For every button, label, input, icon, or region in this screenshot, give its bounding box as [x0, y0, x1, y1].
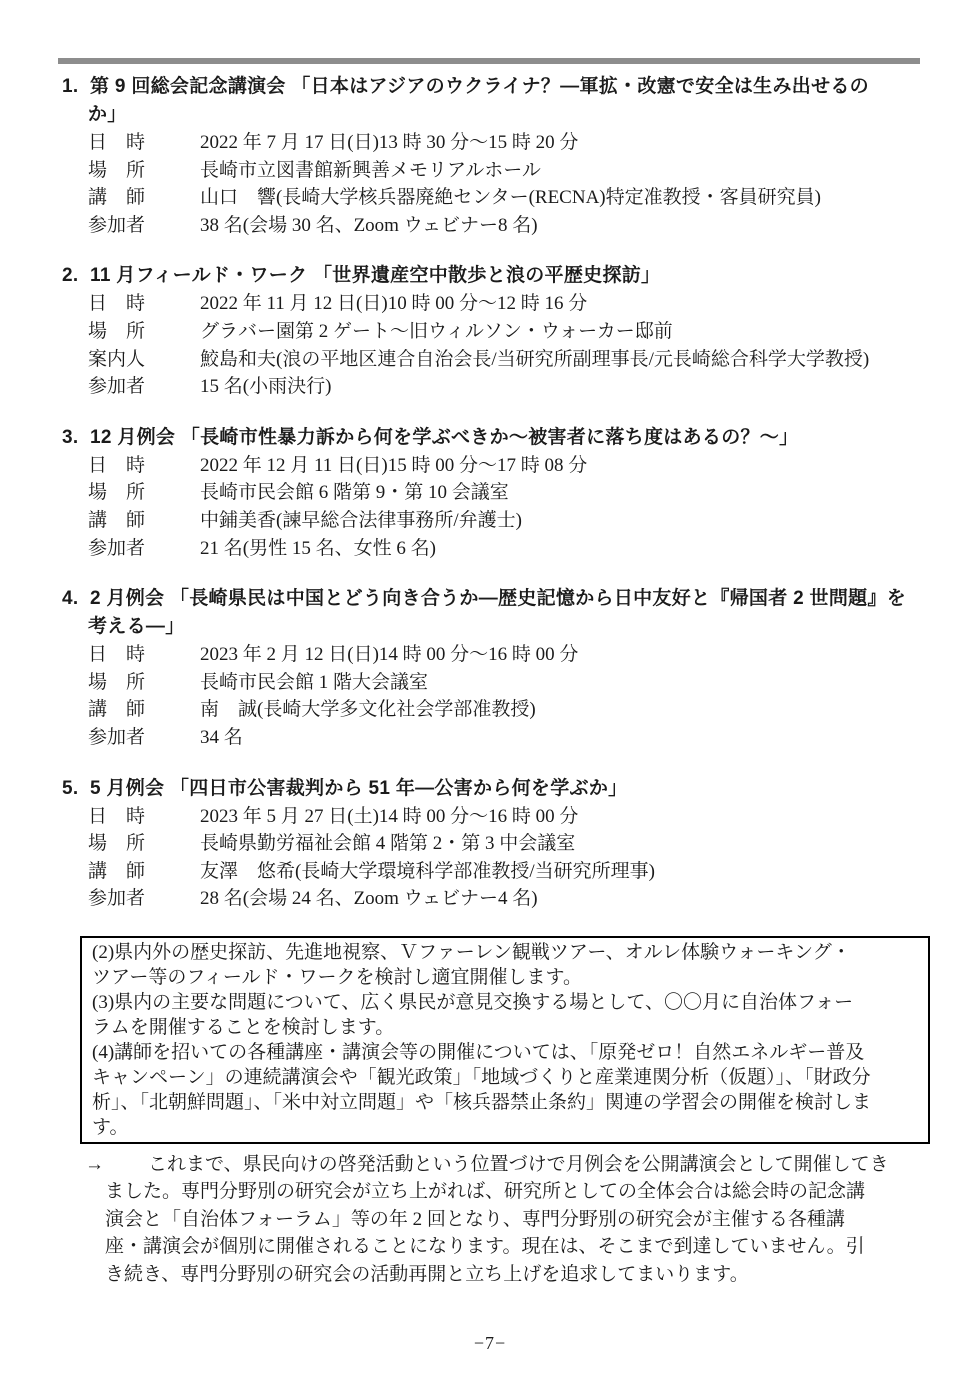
right-arrow-icon: → — [85, 1151, 148, 1179]
section-4: 4.2 月例会 「長崎県民は中国とどう向き合うか―歴史記憶から日中友好と『帰国者… — [62, 585, 930, 751]
detail-value: 長崎市民会館 6 階第 9・第 10 会議室 — [200, 479, 930, 507]
detail-value: 21 名(男性 15 名、女性 6 名) — [200, 535, 930, 563]
detail-label: 場 所 — [88, 157, 200, 185]
detail-label: 日 時 — [88, 803, 200, 831]
detail-value: 2022 年 11 月 12 日(日)10 時 00 分～12 時 16 分 — [200, 290, 930, 318]
plan-box-line: (3)県内の主要な問題について、広く県民が意見交換する場として、〇〇月に自治体フ… — [92, 990, 918, 1015]
section-title-line: 2.11 月フィールド・ワーク 「世界遺産空中散歩と浪の平歴史探訪」 — [62, 262, 930, 290]
section-5: 5.5 月例会 「四日市公害裁判から 51 年―公害から何を学ぶか」 日 時20… — [62, 775, 930, 913]
section-number: 3. — [62, 424, 90, 452]
detail-row: 参加者34 名 — [62, 724, 930, 752]
top-rule-divider — [58, 58, 920, 64]
detail-value: 2023 年 2 月 12 日(日)14 時 00 分～16 時 00 分 — [200, 641, 930, 669]
detail-row: 参加者21 名(男性 15 名、女性 6 名) — [62, 535, 930, 563]
section-title-line: 1.第 9 回総会記念講演会 「日本はアジアのウクライナ？―軍拡・改憲で安全は生… — [62, 73, 930, 101]
section-title-line: か」 — [62, 101, 930, 129]
detail-value: 2022 年 12 月 11 日(日)15 時 00 分～17 時 08 分 — [200, 452, 930, 480]
detail-value: 山口 響(長崎大学核兵器廃絶センター(RECNA)特定准教授・客員研究員) — [200, 184, 930, 212]
section-title: 3.12 月例会 「長崎市性暴力訴から何を学ぶべきか～被害者に落ち度はあるの？～… — [62, 424, 930, 452]
detail-label: 場 所 — [88, 830, 200, 858]
detail-label: 参加者 — [88, 373, 200, 401]
detail-value: 34 名 — [200, 724, 930, 752]
detail-value: 長崎市立図書館新興善メモリアルホール — [200, 157, 930, 185]
detail-row: 講 師南 誠(長崎大学多文化社会学部准教授) — [62, 696, 930, 724]
page-content: 1.第 9 回総会記念講演会 「日本はアジアのウクライナ？―軍拡・改憲で安全は生… — [62, 73, 930, 1288]
detail-row: 参加者28 名(会場 24 名、Zoom ウェビナー4 名) — [62, 885, 930, 913]
detail-row: 日 時2022 年 7 月 17 日(日)13 時 30 分～15 時 20 分 — [62, 129, 930, 157]
detail-row: 日 時2023 年 5 月 27 日(土)14 時 00 分～16 時 00 分 — [62, 803, 930, 831]
section-title-text: 5 月例会 「四日市公害裁判から 51 年―公害から何を学ぶか」 — [90, 778, 627, 799]
detail-value: 中鋪美香(諫早総合法律事務所/弁護士) — [200, 507, 930, 535]
detail-row: 講 師中鋪美香(諫早総合法律事務所/弁護士) — [62, 507, 930, 535]
arrow-note-line: 演会と「自治体フォーラム」等の年 2 回となり、専門分野別の研究会が主催する各種… — [105, 1206, 930, 1234]
section-number: 5. — [62, 775, 90, 803]
detail-label: 場 所 — [88, 669, 200, 697]
section-number: 1. — [62, 73, 90, 101]
detail-row: 場 所グラバー園第 2 ゲート～旧ウィルソン・ウォーカー邸前 — [62, 318, 930, 346]
section-title-line: 4.2 月例会 「長崎県民は中国とどう向き合うか―歴史記憶から日中友好と『帰国者… — [62, 585, 930, 613]
section-title: 5.5 月例会 「四日市公害裁判から 51 年―公害から何を学ぶか」 — [62, 775, 930, 803]
arrow-note-line: ました。専門分野別の研究会が立ち上がれば、研究所としての全体会合は総会時の記念講 — [105, 1178, 930, 1206]
detail-row: 案内人鮫島和夫(浪の平地区連合自治会長/当研究所副理事長/元長崎総合科学大学教授… — [62, 346, 930, 374]
detail-label: 参加者 — [88, 885, 200, 913]
detail-label: 参加者 — [88, 212, 200, 240]
detail-row: 場 所長崎県勤労福祉会館 4 階第 2・第 3 中会議室 — [62, 830, 930, 858]
section-number: 2. — [62, 262, 90, 290]
detail-label: 参加者 — [88, 535, 200, 563]
arrow-note-line: 座・講演会が個別に開催されることになります。現在は、そこまで到達していません。引 — [105, 1233, 930, 1261]
detail-row: 場 所長崎市民会館 1 階大会議室 — [62, 669, 930, 697]
section-3: 3.12 月例会 「長崎市性暴力訴から何を学ぶべきか～被害者に落ち度はあるの？～… — [62, 424, 930, 562]
plan-box-line: 析」、「北朝鮮問題」、「米中対立問題」や「核兵器禁止条約」関連の学習会の開催を検… — [92, 1090, 918, 1115]
section-title-text: 12 月例会 「長崎市性暴力訴から何を学ぶべきか～被害者に落ち度はあるの？～」 — [90, 427, 798, 448]
section-1: 1.第 9 回総会記念講演会 「日本はアジアのウクライナ？―軍拡・改憲で安全は生… — [62, 73, 930, 239]
section-title-text: 11 月フィールド・ワーク 「世界遺産空中散歩と浪の平歴史探訪」 — [90, 265, 660, 286]
plan-box-line: ラムを開催することを検討します。 — [92, 1015, 918, 1040]
detail-value: 15 名(小雨決行) — [200, 373, 930, 401]
arrow-note-text: これまで、県民向けの啓発活動という位置づけで月例会を公開講演会として開催してき — [148, 1154, 889, 1175]
arrow-note-line: き続き、専門分野別の研究会の活動再開と立ち上げを追求してまいります。 — [105, 1261, 930, 1289]
section-number: 4. — [62, 585, 90, 613]
detail-label: 案内人 — [88, 346, 200, 374]
detail-value: 鮫島和夫(浪の平地区連合自治会長/当研究所副理事長/元長崎総合科学大学教授) — [200, 346, 930, 374]
detail-row: 参加者15 名(小雨決行) — [62, 373, 930, 401]
section-title-line: 考える―」 — [62, 613, 930, 641]
section-title: 4.2 月例会 「長崎県民は中国とどう向き合うか―歴史記憶から日中友好と『帰国者… — [62, 585, 930, 641]
section-title-text: 2 月例会 「長崎県民は中国とどう向き合うか―歴史記憶から日中友好と『帰国者 2… — [90, 588, 906, 609]
detail-row: 講 師山口 響(長崎大学核兵器廃絶センター(RECNA)特定准教授・客員研究員) — [62, 184, 930, 212]
section-2: 2.11 月フィールド・ワーク 「世界遺産空中散歩と浪の平歴史探訪」 日 時20… — [62, 262, 930, 400]
detail-label: 場 所 — [88, 479, 200, 507]
detail-row: 講 師友澤 悠希(長崎大学環境科学部准教授/当研究所理事) — [62, 858, 930, 886]
plan-box-line: (2)県内外の歴史探訪、先進地視察、Ｖファーレン観戦ツアー、オルレ体験ウォーキン… — [92, 940, 918, 965]
detail-value: グラバー園第 2 ゲート～旧ウィルソン・ウォーカー邸前 — [200, 318, 930, 346]
detail-value: 2022 年 7 月 17 日(日)13 時 30 分～15 時 20 分 — [200, 129, 930, 157]
detail-label: 日 時 — [88, 290, 200, 318]
document-page: 1.第 9 回総会記念講演会 「日本はアジアのウクライナ？―軍拡・改憲で安全は生… — [0, 0, 980, 1386]
detail-value: 長崎市民会館 1 階大会議室 — [200, 669, 930, 697]
detail-row: 日 時2022 年 11 月 12 日(日)10 時 00 分～12 時 16 … — [62, 290, 930, 318]
section-title-text: 第 9 回総会記念講演会 「日本はアジアのウクライナ？―軍拡・改憲で安全は生み出… — [90, 76, 869, 97]
detail-row: 日 時2023 年 2 月 12 日(日)14 時 00 分～16 時 00 分 — [62, 641, 930, 669]
plan-box-line: ツアー等のフィールド・ワークを検討し適宜開催します。 — [92, 965, 918, 990]
detail-label: 参加者 — [88, 724, 200, 752]
detail-value: 28 名(会場 24 名、Zoom ウェビナー4 名) — [200, 885, 930, 913]
page-number: −7− — [0, 1333, 980, 1354]
section-title: 1.第 9 回総会記念講演会 「日本はアジアのウクライナ？―軍拡・改憲で安全は生… — [62, 73, 930, 129]
plan-box-line: (4)講師を招いての各種講座・講演会等の開催については、「原発ゼロ！自然エネルギ… — [92, 1040, 918, 1065]
section-title: 2.11 月フィールド・ワーク 「世界遺産空中散歩と浪の平歴史探訪」 — [62, 262, 930, 290]
detail-label: 講 師 — [88, 858, 200, 886]
arrow-note-line: →これまで、県民向けの啓発活動という位置づけで月例会を公開講演会として開催してき — [85, 1151, 930, 1179]
detail-value: 南 誠(長崎大学多文化社会学部准教授) — [200, 696, 930, 724]
detail-label: 講 師 — [88, 696, 200, 724]
detail-row: 場 所長崎市立図書館新興善メモリアルホール — [62, 157, 930, 185]
detail-value: 38 名(会場 30 名、Zoom ウェビナー8 名) — [200, 212, 930, 240]
detail-value: 長崎県勤労福祉会館 4 階第 2・第 3 中会議室 — [200, 830, 930, 858]
plan-box-line: キャンペーン」の連続講演会や「観光政策」「地域づくりと産業連関分析（仮題）」、「… — [92, 1065, 918, 1090]
detail-value: 2023 年 5 月 27 日(土)14 時 00 分～16 時 00 分 — [200, 803, 930, 831]
section-title-line: 3.12 月例会 「長崎市性暴力訴から何を学ぶべきか～被害者に落ち度はあるの？～… — [62, 424, 930, 452]
detail-label: 日 時 — [88, 641, 200, 669]
section-title-line: 5.5 月例会 「四日市公害裁判から 51 年―公害から何を学ぶか」 — [62, 775, 930, 803]
detail-row: 参加者38 名(会場 30 名、Zoom ウェビナー8 名) — [62, 212, 930, 240]
detail-label: 講 師 — [88, 184, 200, 212]
detail-row: 日 時2022 年 12 月 11 日(日)15 時 00 分～17 時 08 … — [62, 452, 930, 480]
detail-label: 日 時 — [88, 129, 200, 157]
detail-value: 友澤 悠希(長崎大学環境科学部准教授/当研究所理事) — [200, 858, 930, 886]
plan-box-line: す。 — [92, 1115, 918, 1140]
arrow-note: →これまで、県民向けの啓発活動という位置づけで月例会を公開講演会として開催してき… — [62, 1151, 930, 1289]
plan-box: (2)県内外の歴史探訪、先進地視察、Ｖファーレン観戦ツアー、オルレ体験ウォーキン… — [80, 936, 930, 1144]
detail-label: 場 所 — [88, 318, 200, 346]
detail-row: 場 所長崎市民会館 6 階第 9・第 10 会議室 — [62, 479, 930, 507]
detail-label: 日 時 — [88, 452, 200, 480]
detail-label: 講 師 — [88, 507, 200, 535]
